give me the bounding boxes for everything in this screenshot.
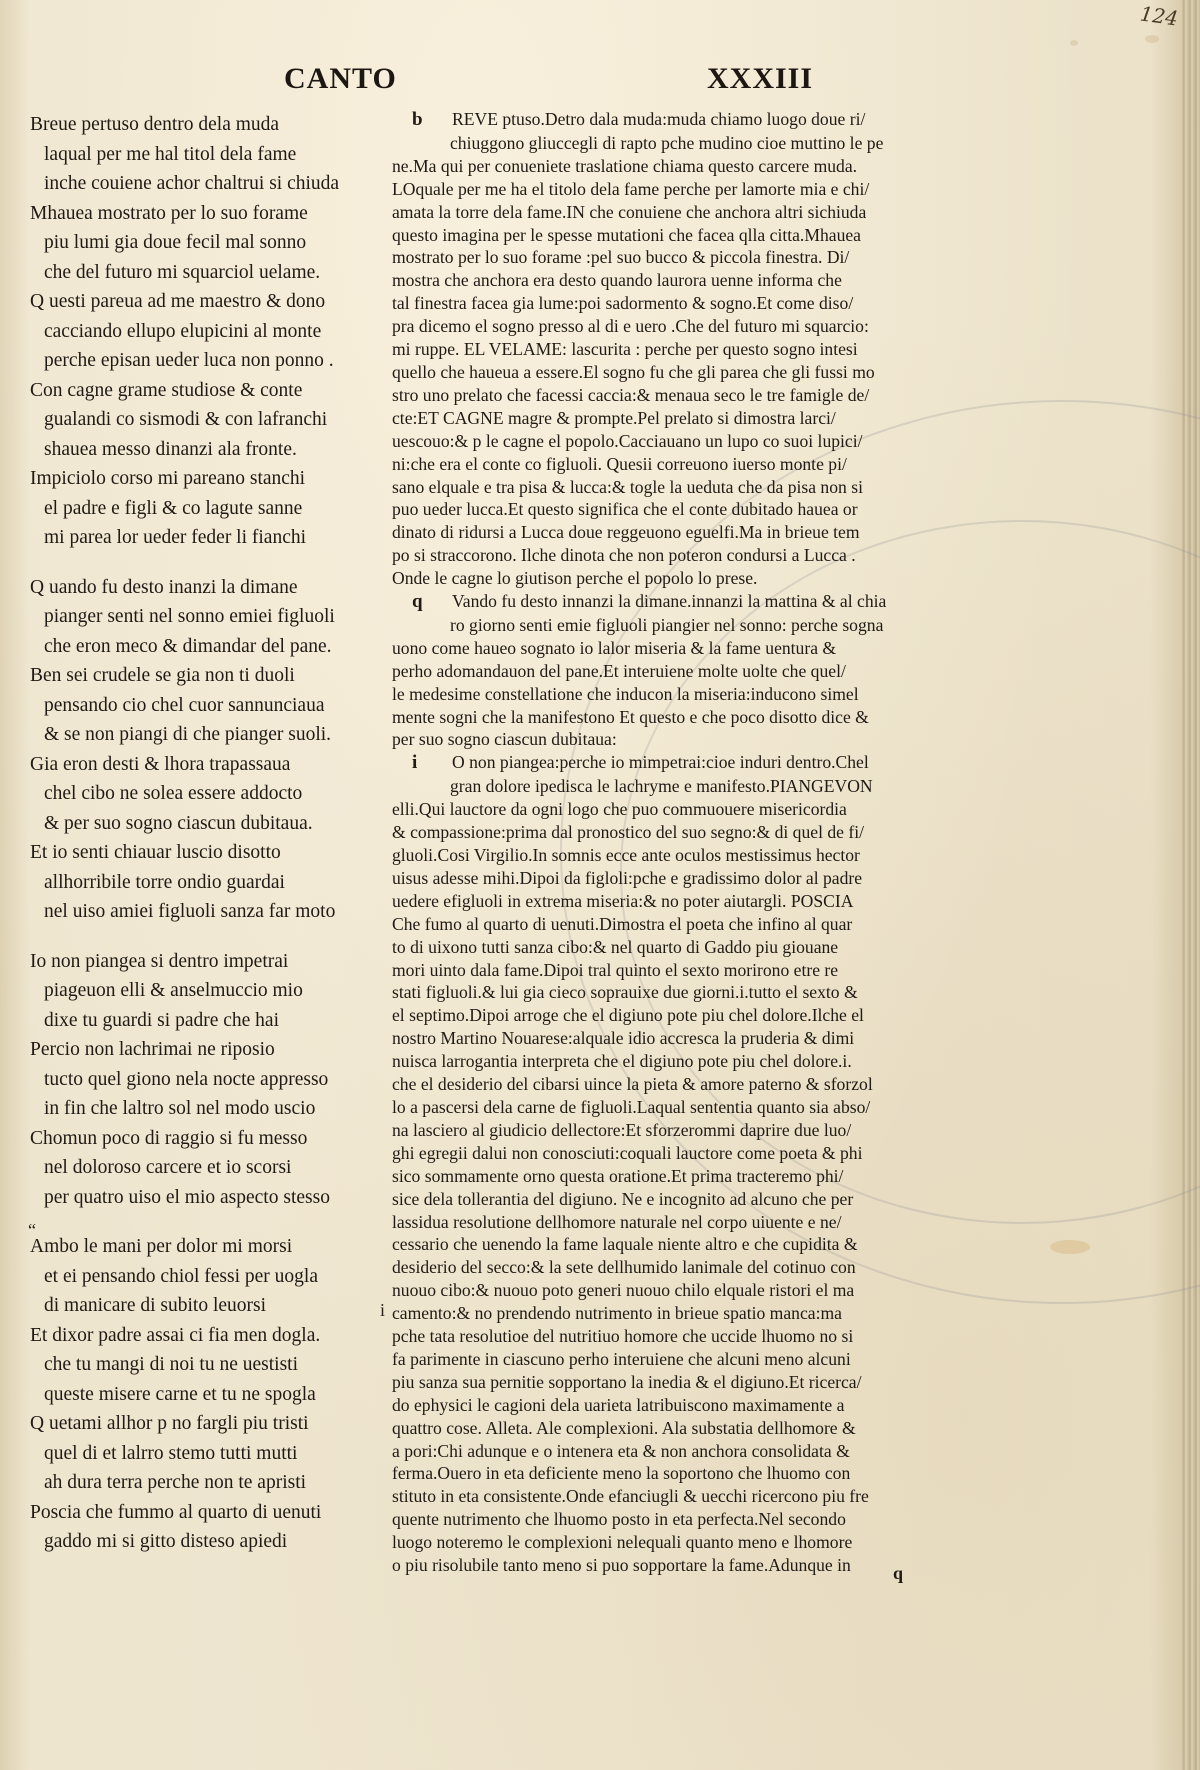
commentary-line: ne.Ma qui per conueniete traslatione chi… — [392, 155, 992, 178]
verse-line: pianger senti nel sonno emiei figluoli — [30, 602, 400, 632]
commentary-text: uisus adesse mihi.Dipoi da figloli:pche … — [392, 868, 862, 888]
commentary-line: mori uinto dala fame.Dipoi tral quinto e… — [392, 959, 992, 982]
commentary-text: nuouo cibo:& nuouo poto generi nuouo chi… — [392, 1280, 854, 1300]
commentary-text: po si straccorono. Ilche dinota che non … — [392, 545, 856, 565]
commentary-line: mente sogni che la manifestono Et questo… — [392, 706, 992, 729]
commentary-text: piu sanza sua pernitie sopportano la ine… — [392, 1372, 862, 1392]
commentary-line: ferma.Ouero in eta deficiente meno la so… — [392, 1462, 992, 1485]
commentary-text: cessario che uenendo la fame laquale nie… — [392, 1234, 858, 1254]
commentary-text: do ephysici le cagioni dela uarieta latr… — [392, 1395, 844, 1415]
verse-line: Ben sei crudele se gia non ti duoli — [30, 661, 400, 691]
commentary-text: LOquale per me ha el titolo dela fame pe… — [392, 179, 869, 199]
commentary-text: nostro Martino Nouarese:alquale idio acc… — [392, 1028, 854, 1048]
commentary-text: desiderio del secco:& la sete dellhumido… — [392, 1257, 856, 1277]
commentary-line: gran dolore ipedisca le lachryme e manif… — [392, 775, 992, 798]
verse-line: dixe tu guardi si padre che hai — [30, 1006, 400, 1036]
commentary-text: amata la torre dela fame.IN che conuiene… — [392, 202, 866, 222]
commentary-line: tal finestra facea gia lume:poi sadormen… — [392, 292, 992, 315]
verse-line: Gia eron desti & lhora trapassaua — [30, 750, 400, 780]
verse-stanza: Poscia che fummo al quarto di uenutigadd… — [30, 1498, 400, 1557]
commentary-text: lassidua resolutione dellhomore naturale… — [392, 1212, 841, 1232]
commentary-line: ro giorno senti emie figluoli piangier n… — [392, 614, 992, 637]
verse-line: piu lumi gia doue fecil mal sonno — [30, 228, 400, 258]
commentary-text: luogo noteremo le complexioni nelequali … — [392, 1532, 852, 1552]
verse-stanza: Io non piangea si dentro impetraipiageuo… — [30, 947, 400, 1036]
verse-stanza: Mhauea mostrato per lo suo foramepiu lum… — [30, 199, 400, 288]
commentary-text: mi ruppe. EL VELAME: lascurita : perche … — [392, 339, 858, 359]
commentary-line: uono come haueo sognato io lalor miseria… — [392, 637, 992, 660]
verse-line: Ambo le mani per dolor mi morsi — [30, 1232, 400, 1262]
commentary-line: Che fumo al quarto di uenuti.Dimostra el… — [392, 913, 992, 936]
verse-line: di manicare di subito leuorsi — [30, 1291, 400, 1321]
verse-line: per quatro uiso el mio aspecto stesso — [30, 1183, 400, 1213]
commentary-line: mi ruppe. EL VELAME: lascurita : perche … — [392, 338, 992, 361]
commentary-line: ghi egregii dalui non conosciuti:coquali… — [392, 1142, 992, 1165]
commentary-text: chiuggono gliuccegli di rapto pche mudin… — [450, 133, 883, 153]
lemma-guide-letter: i — [392, 752, 452, 775]
commentary-line: bREVE ptuso.Detro dala muda:muda chiamo … — [392, 108, 992, 132]
commentary-text: puo ueder lucca.Et questo significa che … — [392, 499, 858, 519]
verse-stanza: Ben sei crudele se gia non ti duolipensa… — [30, 661, 400, 750]
commentary-line: LOquale per me ha el titolo dela fame pe… — [392, 178, 992, 201]
commentary-line: quello che haueua a essere.El sogno fu c… — [392, 361, 992, 384]
commentary-line: stati figluoli.& lui gia cieco soprauixe… — [392, 981, 992, 1004]
commentary-text: perho adomandauon del pane.Et interuiene… — [392, 661, 846, 681]
commentary-text: Vando fu desto innanzi la dimane.innanzi… — [452, 591, 886, 611]
commentary-line: quente nutrimento che lhuomo posto in et… — [392, 1508, 992, 1531]
verse-stanza: Q uesti pareua ad me maestro & donocacci… — [30, 287, 400, 376]
commentary-text: mente sogni che la manifestono Et questo… — [392, 707, 869, 727]
commentary-text: ni:che era el conte co figluoli. Quesii … — [392, 454, 847, 474]
commentary-line: iO non piangea:perche io mimpetrai:cioe … — [392, 751, 992, 775]
commentary-text: che el desiderio del cibarsi uince la pi… — [392, 1074, 873, 1094]
verse-line: Q uando fu desto inanzi la dimane — [30, 573, 400, 603]
verse-line: laqual per me hal titol dela fame — [30, 140, 400, 170]
commentary-text: el septimo.Dipoi arroge che el digiuno p… — [392, 1005, 864, 1025]
stanza-gap — [30, 553, 400, 573]
commentary-text: pche tata resolutioe del nutritiuo homor… — [392, 1326, 853, 1346]
verse-line: Mhauea mostrato per lo suo forame — [30, 199, 400, 229]
commentary-text: mostrato per lo suo forame :pel suo bucc… — [392, 247, 849, 267]
commentary-text: elli.Qui lauctore da ogni logo che puo c… — [392, 799, 847, 819]
commentary-line: piu sanza sua pernitie sopportano la ine… — [392, 1371, 992, 1394]
signature-mark: q — [893, 1563, 903, 1584]
commentary-text: questo imagina per le spesse mutationi c… — [392, 225, 861, 245]
verse-line: Poscia che fummo al quarto di uenuti — [30, 1498, 400, 1528]
book-page: 124 CANTO XXXIII Breue pertuso dentro de… — [0, 0, 1200, 1770]
commentary-line: questo imagina per le spesse mutationi c… — [392, 224, 992, 247]
verse-stanza: Con cagne grame studiose & contegualandi… — [30, 376, 400, 465]
verse-line: nel uiso amiei figluoli sanza far moto — [30, 897, 400, 927]
commentary-text: ne.Ma qui per conueniete traslatione chi… — [392, 156, 857, 176]
commentary-text: uono come haueo sognato io lalor miseria… — [392, 638, 836, 658]
verse-line: shauea messo dinanzi ala fronte. — [30, 435, 400, 465]
verse-line: Chomun poco di raggio si fu messo — [30, 1124, 400, 1154]
verse-stanza: Q uando fu desto inanzi la dimanepianger… — [30, 573, 400, 662]
commentary-line: nostro Martino Nouarese:alquale idio acc… — [392, 1027, 992, 1050]
stain — [1070, 40, 1078, 46]
commentary-text: uescouo:& p le cagne el popolo.Cacciauan… — [392, 431, 863, 451]
verse-line: ah dura terra perche non te apristi — [30, 1468, 400, 1498]
commentary-text: mori uinto dala fame.Dipoi tral quinto e… — [392, 960, 838, 980]
verse-line: gualandi co sismodi & con lafranchi — [30, 405, 400, 435]
commentary-line: mostrato per lo suo forame :pel suo bucc… — [392, 246, 992, 269]
commentary-line: sice dela tollerantia del digiuno. Ne e … — [392, 1188, 992, 1211]
commentary-line: dinato di ridursi a Lucca doue reggeuono… — [392, 521, 992, 544]
commentary-text: quattro cose. Alleta. Ale complexioni. A… — [392, 1418, 856, 1438]
verse-line: queste misere carne et tu ne spogla — [30, 1380, 400, 1410]
commentary-line: & compassione:prima dal pronostico del s… — [392, 821, 992, 844]
commentary-line: lassidua resolutione dellhomore naturale… — [392, 1211, 992, 1234]
header-canto: CANTO — [284, 62, 397, 96]
commentary-line: do ephysici le cagioni dela uarieta latr… — [392, 1394, 992, 1417]
verse-stanza: Et dixor padre assai ci fia men dogla.ch… — [30, 1321, 400, 1410]
commentary-text: na lasciero al giudicio dellectore:Et sf… — [392, 1120, 851, 1140]
commentary-text: mostra che anchora era desto quando laur… — [392, 270, 842, 290]
commentary-text: nuisca larrogantia interpreta che el dig… — [392, 1051, 852, 1071]
commentary-text: sico sommamente orno questa oratione.Et … — [392, 1166, 843, 1186]
commentary-line: lo a pascersi dela carne de figluoli.Laq… — [392, 1096, 992, 1119]
commentary-text: O non piangea:perche io mimpetrai:cioe i… — [452, 752, 869, 772]
commentary-text: to di uixono tutti sanza cibo:& nel quar… — [392, 937, 838, 957]
verse-line: Et dixor padre assai ci fia men dogla. — [30, 1321, 400, 1351]
verse-stanza: Percio non lachrimai ne riposiotucto que… — [30, 1035, 400, 1124]
commentary-text: tal finestra facea gia lume:poi sadormen… — [392, 293, 853, 313]
commentary-text: stro uno prelato che facessi caccia:& me… — [392, 385, 869, 405]
verse-line: chel cibo ne solea essere addocto — [30, 779, 400, 809]
verse-stanza: Gia eron desti & lhora trapassauachel ci… — [30, 750, 400, 839]
commentary-text: ferma.Ouero in eta deficiente meno la so… — [392, 1463, 850, 1483]
commentary-line: che el desiderio del cibarsi uince la pi… — [392, 1073, 992, 1096]
commentary-line: to di uixono tutti sanza cibo:& nel quar… — [392, 936, 992, 959]
commentary-line: luogo noteremo le complexioni nelequali … — [392, 1531, 992, 1554]
commentary-column: bREVE ptuso.Detro dala muda:muda chiamo … — [392, 108, 992, 1577]
stain — [1050, 1240, 1090, 1254]
commentary-text: lo a pascersi dela carne de figluoli.Laq… — [392, 1097, 870, 1117]
running-header: CANTO XXXIII — [0, 62, 1200, 102]
verse-line: Et io senti chiauar luscio disotto — [30, 838, 400, 868]
commentary-line: po si straccorono. Ilche dinota che non … — [392, 544, 992, 567]
verse-stanza: Ambo le mani per dolor mi morsiet ei pen… — [30, 1232, 400, 1321]
verse-line: piageuon elli & anselmuccio mio — [30, 976, 400, 1006]
verse-line: nel doloroso carcere et io scorsi — [30, 1153, 400, 1183]
verse-line: et ei pensando chiol fessi per uogla — [30, 1262, 400, 1292]
commentary-text: per suo sogno ciascun dubitaua: — [392, 729, 617, 749]
commentary-line: gluoli.Cosi Virgilio.In somnis ecce ante… — [392, 844, 992, 867]
folio-number: 124 — [1138, 1, 1179, 30]
verse-line: & se non piangi di che pianger suoli. — [30, 720, 400, 750]
verse-stanza: Chomun poco di raggio si fu messonel dol… — [30, 1124, 400, 1213]
commentary-line: fa parimente in ciascuno perho interuien… — [392, 1348, 992, 1371]
margin-mark-i: i — [380, 1300, 385, 1321]
commentary-text: REVE ptuso.Detro dala muda:muda chiamo l… — [452, 109, 865, 129]
commentary-line: stituto in eta consistente.Onde efanciug… — [392, 1485, 992, 1508]
commentary-line: sano elquale e tra pisa & lucca:& togle … — [392, 476, 992, 499]
verse-line: Impiciolo corso mi pareano stanchi — [30, 464, 400, 494]
commentary-line: desiderio del secco:& la sete dellhumido… — [392, 1256, 992, 1279]
verse-line: in fin che laltro sol nel modo uscio — [30, 1094, 400, 1124]
verse-line: tucto quel giono nela nocte appresso — [30, 1065, 400, 1095]
commentary-text: ghi egregii dalui non conosciuti:coquali… — [392, 1143, 863, 1163]
verse-line: che tu mangi di noi tu ne uestisti — [30, 1350, 400, 1380]
verse-line: & per suo sogno ciascun dubitaua. — [30, 809, 400, 839]
commentary-line: uedere efigluoli in extrema miseria:& no… — [392, 890, 992, 913]
lemma-guide-letter: q — [392, 591, 452, 614]
header-canto-number: XXXIII — [707, 62, 813, 96]
verse-line: perche episan ueder luca non ponno . — [30, 346, 400, 376]
commentary-line: a pori:Chi adunque e o intenera eta & no… — [392, 1440, 992, 1463]
commentary-line: perho adomandauon del pane.Et interuiene… — [392, 660, 992, 683]
verse-line: Io non piangea si dentro impetrai — [30, 947, 400, 977]
verse-column: Breue pertuso dentro dela mudalaqual per… — [30, 110, 400, 1557]
commentary-line: cessario che uenendo la fame laquale nie… — [392, 1233, 992, 1256]
commentary-text: stituto in eta consistente.Onde efanciug… — [392, 1486, 869, 1506]
commentary-line: le medesime constellatione che inducon l… — [392, 683, 992, 706]
verse-line: quel di et lalrro stemo tutti mutti — [30, 1439, 400, 1469]
commentary-text: gran dolore ipedisca le lachryme e manif… — [450, 776, 873, 796]
commentary-line: na lasciero al giudicio dellectore:Et sf… — [392, 1119, 992, 1142]
commentary-line: amata la torre dela fame.IN che conuiene… — [392, 201, 992, 224]
verse-stanza: Impiciolo corso mi pareano stanchiel pad… — [30, 464, 400, 553]
commentary-text: pra dicemo el sogno presso al di e uero … — [392, 316, 869, 336]
commentary-text: uedere efigluoli in extrema miseria:& no… — [392, 891, 853, 911]
commentary-text: o piu risolubile tanto meno si puo soppo… — [392, 1555, 851, 1575]
commentary-text: & compassione:prima dal pronostico del s… — [392, 822, 864, 842]
commentary-line: quattro cose. Alleta. Ale complexioni. A… — [392, 1417, 992, 1440]
commentary-line: nuisca larrogantia interpreta che el dig… — [392, 1050, 992, 1073]
commentary-text: camento:& no prendendo nutrimento in bri… — [392, 1303, 842, 1323]
commentary-text: ro giorno senti emie figluoli piangier n… — [450, 615, 883, 635]
commentary-text: quello che haueua a essere.El sogno fu c… — [392, 362, 875, 382]
verse-line: cacciando ellupo elupicini al monte — [30, 317, 400, 347]
commentary-line: elli.Qui lauctore da ogni logo che puo c… — [392, 798, 992, 821]
commentary-text: cte:ET CAGNE magre & prompte.Pel prelato… — [392, 408, 836, 428]
lemma-guide-letter: b — [392, 109, 452, 132]
commentary-text: Onde le cagne lo giutison perche el popo… — [392, 568, 757, 588]
commentary-text: gluoli.Cosi Virgilio.In somnis ecce ante… — [392, 845, 860, 865]
commentary-line: pche tata resolutioe del nutritiuo homor… — [392, 1325, 992, 1348]
verse-stanza: Et io senti chiauar luscio disottoallhor… — [30, 838, 400, 927]
commentary-text: Che fumo al quarto di uenuti.Dimostra el… — [392, 914, 852, 934]
commentary-text: quente nutrimento che lhuomo posto in et… — [392, 1509, 846, 1529]
verse-line: gaddo mi si gitto disteso apiedi — [30, 1527, 400, 1557]
commentary-text: sano elquale e tra pisa & lucca:& togle … — [392, 477, 863, 497]
verse-stanza: Q uetami allhor p no fargli piu tristiqu… — [30, 1409, 400, 1498]
verse-line: Q uesti pareua ad me maestro & dono — [30, 287, 400, 317]
verse-line: pensando cio chel cuor sannunciaua — [30, 691, 400, 721]
commentary-line: camento:& no prendendo nutrimento in bri… — [392, 1302, 992, 1325]
verse-line: Con cagne grame studiose & conte — [30, 376, 400, 406]
commentary-text: fa parimente in ciascuno perho interuien… — [392, 1349, 851, 1369]
verse-line: allhorribile torre ondio guardai — [30, 868, 400, 898]
commentary-line: stro uno prelato che facessi caccia:& me… — [392, 384, 992, 407]
commentary-line: uisus adesse mihi.Dipoi da figloli:pche … — [392, 867, 992, 890]
commentary-line: qVando fu desto innanzi la dimane.innanz… — [392, 590, 992, 614]
commentary-text: dinato di ridursi a Lucca doue reggeuono… — [392, 522, 860, 542]
verse-line: inche couiene achor chaltrui si chiuda — [30, 169, 400, 199]
verse-line: el padre e figli & co lagute sanne — [30, 494, 400, 524]
commentary-line: Onde le cagne lo giutison perche el popo… — [392, 567, 992, 590]
stanza-gap — [30, 927, 400, 947]
verse-line: Percio non lachrimai ne riposio — [30, 1035, 400, 1065]
commentary-line: cte:ET CAGNE magre & prompte.Pel prelato… — [392, 407, 992, 430]
commentary-text: a pori:Chi adunque e o intenera eta & no… — [392, 1441, 850, 1461]
commentary-line: ni:che era el conte co figluoli. Quesii … — [392, 453, 992, 476]
commentary-text: sice dela tollerantia del digiuno. Ne e … — [392, 1189, 853, 1209]
commentary-text: stati figluoli.& lui gia cieco soprauixe… — [392, 982, 858, 1002]
verse-line: mi parea lor ueder feder li fianchi — [30, 523, 400, 553]
margin-pointer-mark: “ — [28, 1220, 36, 1241]
commentary-line: puo ueder lucca.Et questo significa che … — [392, 498, 992, 521]
verse-line: Breue pertuso dentro dela muda — [30, 110, 400, 140]
verse-stanza: Breue pertuso dentro dela mudalaqual per… — [30, 110, 400, 199]
commentary-line: el septimo.Dipoi arroge che el digiuno p… — [392, 1004, 992, 1027]
commentary-text: le medesime constellatione che inducon l… — [392, 684, 859, 704]
verse-line: che del futuro mi squarciol uelame. — [30, 258, 400, 288]
commentary-line: per suo sogno ciascun dubitaua: — [392, 728, 992, 751]
verse-line: che eron meco & dimandar del pane. — [30, 632, 400, 662]
stain — [1145, 35, 1159, 43]
commentary-line: chiuggono gliuccegli di rapto pche mudin… — [392, 132, 992, 155]
commentary-line: pra dicemo el sogno presso al di e uero … — [392, 315, 992, 338]
stanza-gap — [30, 1212, 400, 1232]
commentary-line: sico sommamente orno questa oratione.Et … — [392, 1165, 992, 1188]
commentary-line: mostra che anchora era desto quando laur… — [392, 269, 992, 292]
verse-line: Q uetami allhor p no fargli piu tristi — [30, 1409, 400, 1439]
commentary-line: nuouo cibo:& nuouo poto generi nuouo chi… — [392, 1279, 992, 1302]
commentary-line: uescouo:& p le cagne el popolo.Cacciauan… — [392, 430, 992, 453]
